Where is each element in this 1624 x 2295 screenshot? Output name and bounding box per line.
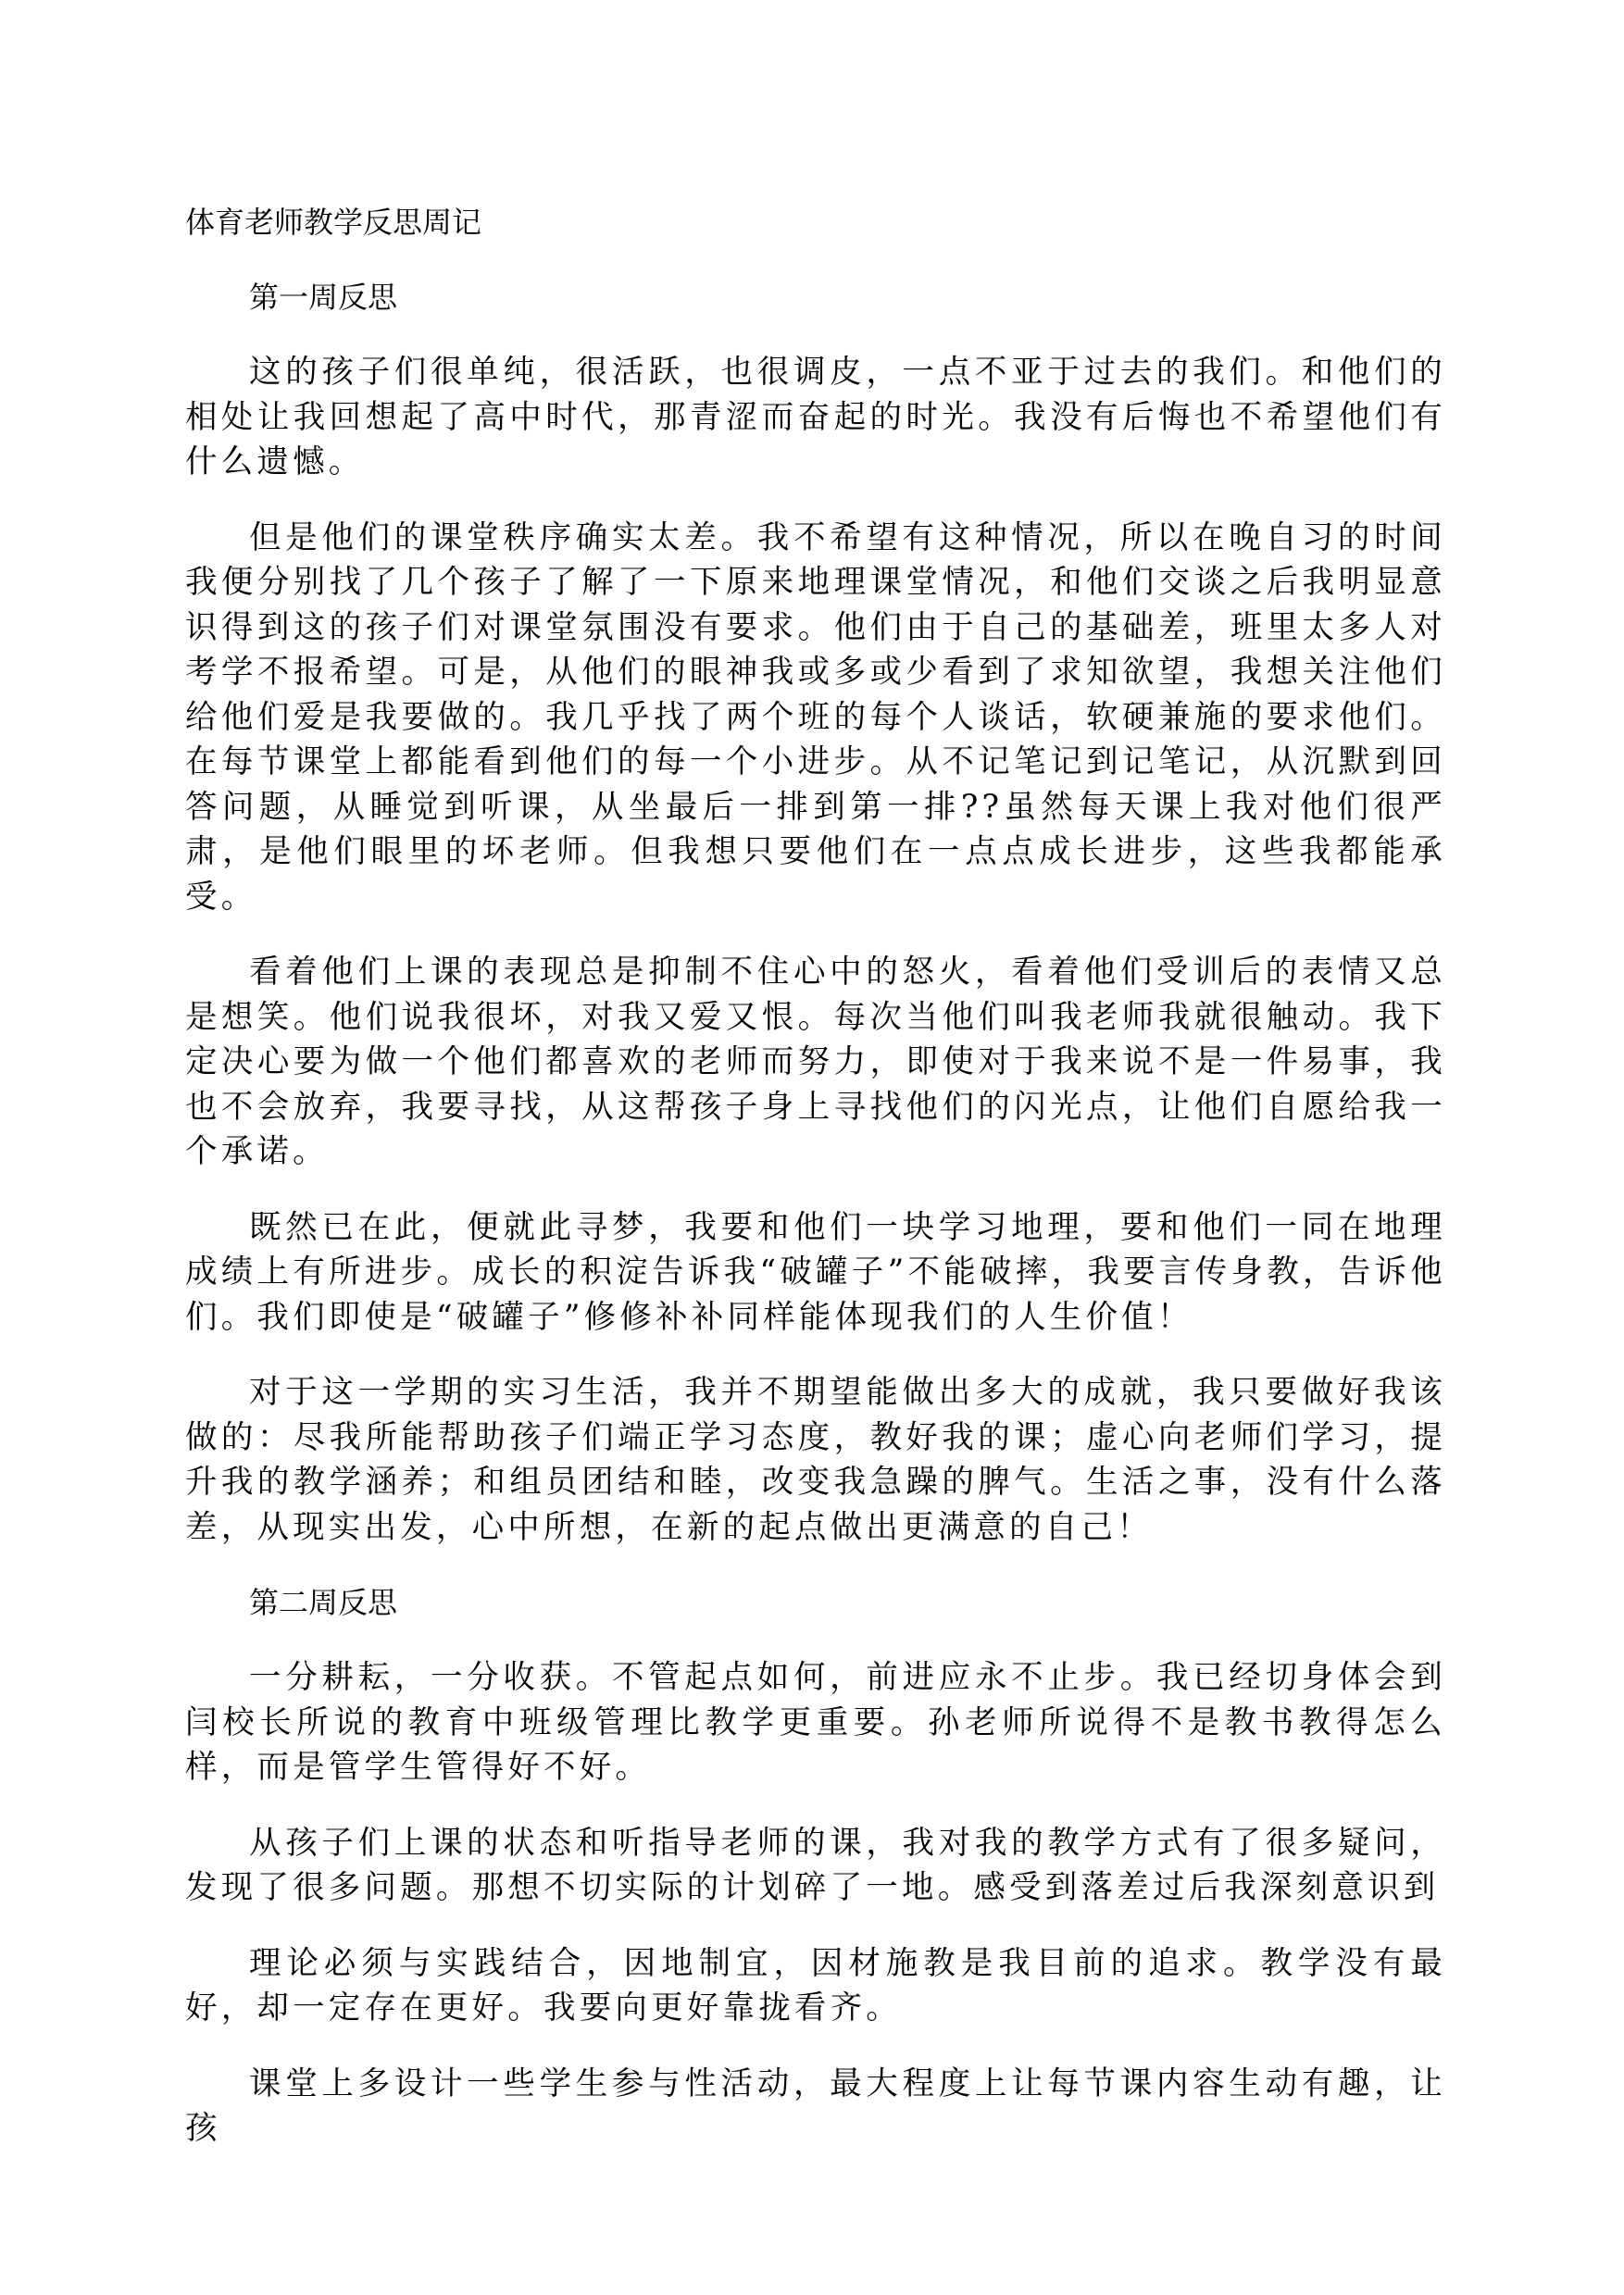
paragraph: 对于这一学期的实习生活，我并不期望能做出多大的成就，我只要做好我该做的：尽我所能… xyxy=(185,1370,1446,1550)
section-heading-week-2: 第二周反思 xyxy=(185,1580,1446,1625)
document-title: 体育老师教学反思周记 xyxy=(185,200,1446,244)
paragraph: 但是他们的课堂秩序确实太差。我不希望有这种情况，所以在晚自习的时间我便分别找了几… xyxy=(185,516,1446,920)
paragraph: 理论必须与实践结合，因地制宜，因材施教是我目前的追求。教学没有最好，却一定存在更… xyxy=(185,1941,1446,2031)
paragraph: 看着他们上课的表现总是抑制不住心中的怒火，看着他们受训后的表情又总是想笑。他们说… xyxy=(185,950,1446,1175)
document-page: 体育老师教学反思周记 第一周反思 这的孩子们很单纯，很活跃，也很调皮，一点不亚于… xyxy=(185,200,1446,2182)
paragraph: 既然已在此，便就此寻梦，我要和他们一块学习地理，要和他们一同在地理成绩上有所进步… xyxy=(185,1205,1446,1341)
paragraph: 这的孩子们很单纯，很活跃，也很调皮，一点不亚于过去的我们。和他们的相处让我回想起… xyxy=(185,350,1446,485)
paragraph: 课堂上多设计一些学生参与性活动，最大程度上让每节课内容生动有趣，让孩 xyxy=(185,2062,1446,2152)
section-heading-week-1: 第一周反思 xyxy=(185,275,1446,319)
paragraph: 从孩子们上课的状态和听指导老师的课，我对我的教学方式有了很多疑问，发现了很多问题… xyxy=(185,1821,1446,1911)
paragraph: 一分耕耘，一分收获。不管起点如何，前进应永不止步。我已经切身体会到闫校长所说的教… xyxy=(185,1655,1446,1790)
